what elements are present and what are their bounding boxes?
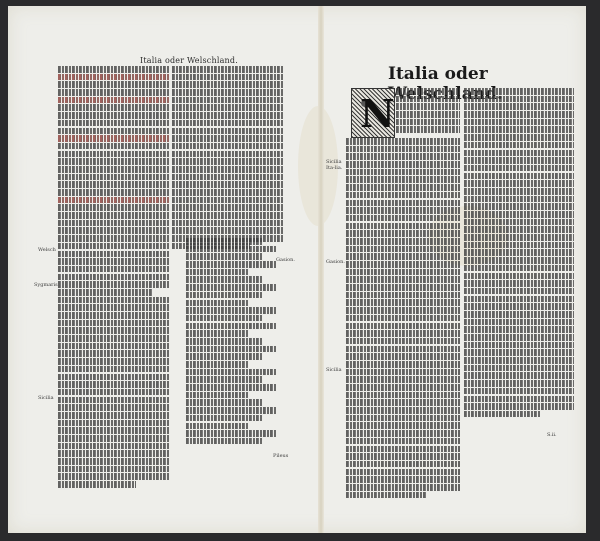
- right-margin-note: Sicilia: [326, 367, 342, 373]
- left-running-head: Italia oder Welschland.: [140, 56, 238, 65]
- left-page-verse-list: [186, 238, 276, 453]
- document-sheet: Italia oder Welschland. Welsch Sygmaris …: [8, 6, 586, 533]
- right-margin-note: Sicilia Ita-lia.: [326, 159, 348, 171]
- right-margin-note: Gasion.: [326, 259, 345, 265]
- left-page-column-2: [172, 66, 284, 256]
- left-page-column-1: [58, 66, 170, 526]
- right-page-column-2: [464, 88, 574, 428]
- right-page-column-1: [346, 138, 460, 518]
- bottom-margin-note: Pileus: [273, 453, 288, 459]
- left-margin-note: Sicilia: [38, 395, 54, 401]
- center-margin-note: Gasion.: [276, 257, 295, 263]
- signature-mark: S.ii.: [547, 432, 557, 438]
- center-fold: [318, 6, 324, 533]
- left-margin-note: Sygmaris: [34, 282, 58, 288]
- decorated-initial-letter: N: [351, 88, 395, 138]
- left-margin-note: Welsch: [38, 247, 56, 253]
- right-page-intro-text: [396, 88, 460, 136]
